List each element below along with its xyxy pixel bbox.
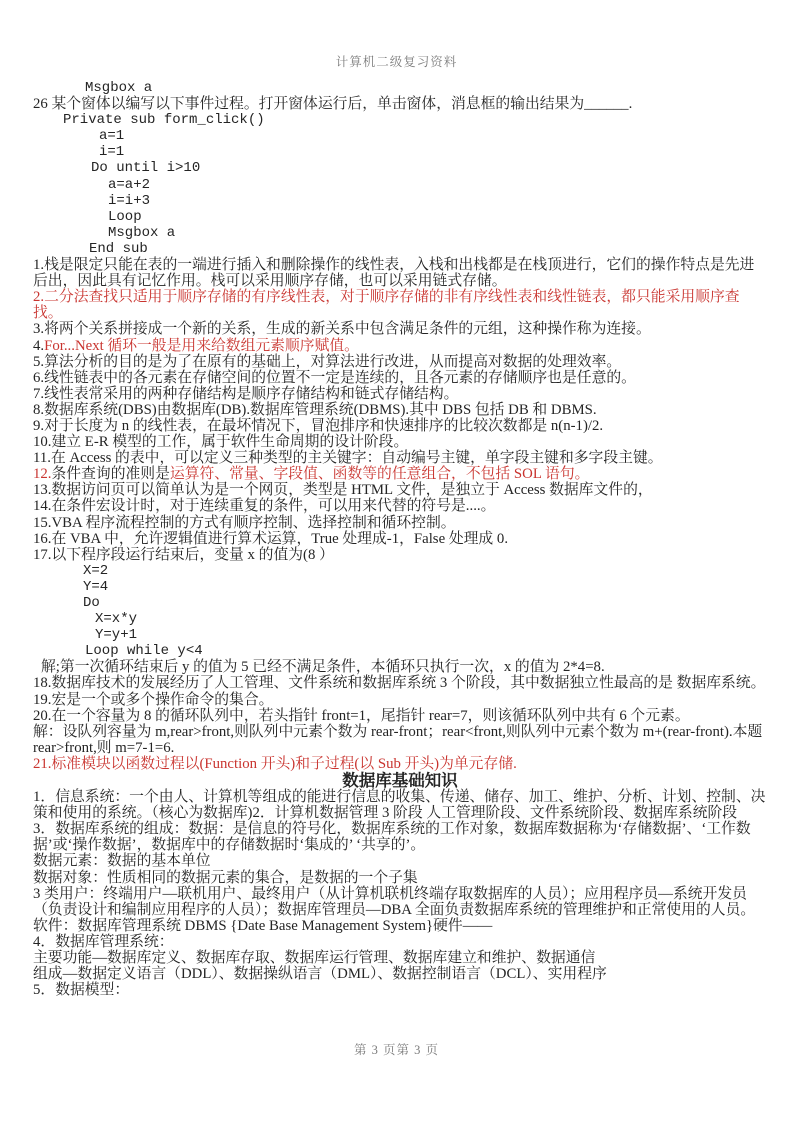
section-para-user-types: 3 类用户：终端用户—联机用户、最终用户（从计算机联机终端存取数据库的人员）；应… xyxy=(33,886,767,918)
note-13: 13.数据访问页可以简单认为是一个网页，类型是 HTML 文件，是独立于 Acc… xyxy=(33,482,767,498)
note-12: 12.条件查询的准则是运算符、常量、字段值、函数等的任意组合，不包括 SOL 语… xyxy=(33,466,767,482)
footer-page-number: 第 3 页第 3 页 xyxy=(0,1040,793,1058)
note-17-code-line-4: X=x*y xyxy=(33,611,767,627)
question-26: 26 某个窗体以编写以下事件过程。打开窗体运行后，单击窗体，消息框的输出结果为_… xyxy=(33,96,767,112)
note-17-solution: 解;第一次循环结束后 y 的值为 5 已经不满足条件，本循环只执行一次，x 的值… xyxy=(33,659,767,675)
document-header-title: 计算机二级复习资料 xyxy=(0,0,793,70)
section-para-data-model-title: 5．数据模型： xyxy=(33,982,767,998)
section-para-software: 软件：数据库管理系统 DBMS {Date Base Management Sy… xyxy=(33,918,767,934)
note-11: 11.在 Access 的表中，可以定义三种类型的主关键字：自动编号主键，单字段… xyxy=(33,450,767,466)
note-4-number: 4. xyxy=(33,338,44,354)
note-10: 10.建立 E-R 模型的工作，属于软件生命周期的设计阶段。 xyxy=(33,434,767,450)
note-9: 9.对于长度为 n 的线性表，在最坏情况下，冒泡排序和快速排序的比较次数都是 n… xyxy=(33,418,767,434)
note-3: 3.将两个关系拼接成一个新的关系，生成的新关系中包含满足条件的元组，这种操作称为… xyxy=(33,321,767,337)
note-8: 8.数据库系统(DBS)由数据库(DB).数据库管理系统(DBMS).其中 DB… xyxy=(33,402,767,418)
note-12-black-text: 条件查询的准则是 xyxy=(52,466,170,482)
section-para-information-system: 1．信息系统：一个由人、计算机等组成的能进行信息的收集、传递、储存、加工、维护、… xyxy=(33,789,767,821)
vb-code-line-7: Loop xyxy=(33,209,767,225)
section-para-dbms-components: 组成—数据定义语言（DDL）、数据操纵语言（DML）、数据控制语言（DCL）、实… xyxy=(33,966,767,982)
note-17-code-line-2: Y=4 xyxy=(33,579,767,595)
note-4: 4.For...Next 循环一般是用来给数组元素顺序赋值。 xyxy=(33,338,767,354)
note-6: 6.线性链表中的各元素在存储空间的位置不一定是连续的，且各元素的存储顺序也是任意… xyxy=(33,370,767,386)
note-18: 18.数据库技术的发展经历了人工管理、文件系统和数据库系统 3 个阶段，其中数据… xyxy=(33,675,767,691)
vb-code-line-3: i=1 xyxy=(33,144,767,160)
vb-code-line-4: Do until i>10 xyxy=(33,160,767,176)
note-4-red-text: For...Next 循环一般是用来给数组元素顺序赋值。 xyxy=(44,338,359,354)
note-21: 21.标准模块以函数过程以(Function 开头)和子过程(以 Sub 开头)… xyxy=(33,756,767,772)
note-17-code-line-6: Loop while y<4 xyxy=(33,643,767,659)
note-7: 7.线性表常采用的两种存储结构是顺序存储结构和链式存储结构。 xyxy=(33,386,767,402)
vb-code-line-8: Msgbox a xyxy=(33,225,767,241)
section-para-dbms-title: 4．数据库管理系统： xyxy=(33,934,767,950)
vb-code-line-5: a=a+2 xyxy=(33,177,767,193)
section-para-data-object: 数据对象：性质相同的数据元素的集合，是数据的一个子集 xyxy=(33,870,767,886)
document-body: Msgbox a 26 某个窗体以编写以下事件过程。打开窗体运行后，单击窗体，消… xyxy=(0,70,793,998)
note-20: 20.在一个容量为 8 的循环队列中，若头指针 front=1，尾指针 rear… xyxy=(33,708,767,724)
orphan-code-line: Msgbox a xyxy=(33,80,767,96)
note-14: 14.在条件宏设计时，对于连续重复的条件，可以用来代替的符号是....。 xyxy=(33,498,767,514)
note-17-code-line-5: Y=y+1 xyxy=(33,627,767,643)
note-2: 2.二分法查找只适用于顺序存储的有序线性表，对于顺序存储的非有序线性表和线性链表… xyxy=(33,289,767,321)
note-17-code-line-3: Do xyxy=(33,595,767,611)
note-12-red-text: 运算符、常量、字段值、函数等的任意组合，不包括 SOL 语句。 xyxy=(170,466,590,482)
section-para-dbms-functions: 主要功能—数据库定义、数据库存取、数据库运行管理、数据库建立和维护、数据通信 xyxy=(33,950,767,966)
vb-code-line-6: i=i+3 xyxy=(33,193,767,209)
note-17: 17.以下程序段运行结束后，变量 x 的值为(8 ） xyxy=(33,547,767,563)
section-para-db-system-composition: 3．数据库系统的组成：数据：是信息的符号化，数据库系统的工作对象，数据库数据称为… xyxy=(33,821,767,853)
document-page: 计算机二级复习资料 Msgbox a 26 某个窗体以编写以下事件过程。打开窗体… xyxy=(0,0,793,1122)
note-19: 19.宏是一个或多个操作命令的集合。 xyxy=(33,692,767,708)
note-17-code-line-1: X=2 xyxy=(33,563,767,579)
section-para-data-element: 数据元素：数据的基本单位 xyxy=(33,853,767,869)
note-16: 16.在 VBA 中，允许逻辑值进行算术运算，True 处理成-1，False … xyxy=(33,531,767,547)
vb-code-line-1: Private sub form_click() xyxy=(33,112,767,128)
vb-code-line-2: a=1 xyxy=(33,128,767,144)
note-12-number: 12. xyxy=(33,466,52,482)
note-20-solution: 解：设队列容量为 m,rear>front,则队列中元素个数为 rear-fro… xyxy=(33,724,767,756)
note-1: 1.栈是限定只能在表的一端进行插入和删除操作的线性表，入栈和出栈都是在栈顶进行，… xyxy=(33,257,767,289)
vb-code-line-9: End sub xyxy=(33,241,767,257)
note-5: 5.算法分析的目的是为了在原有的基础上，对算法进行改进，从而提高对数据的处理效率… xyxy=(33,354,767,370)
note-15: 15.VBA 程序流程控制的方式有顺序控制、选择控制和循环控制。 xyxy=(33,515,767,531)
section-heading: 数据库基础知识 xyxy=(33,772,767,789)
